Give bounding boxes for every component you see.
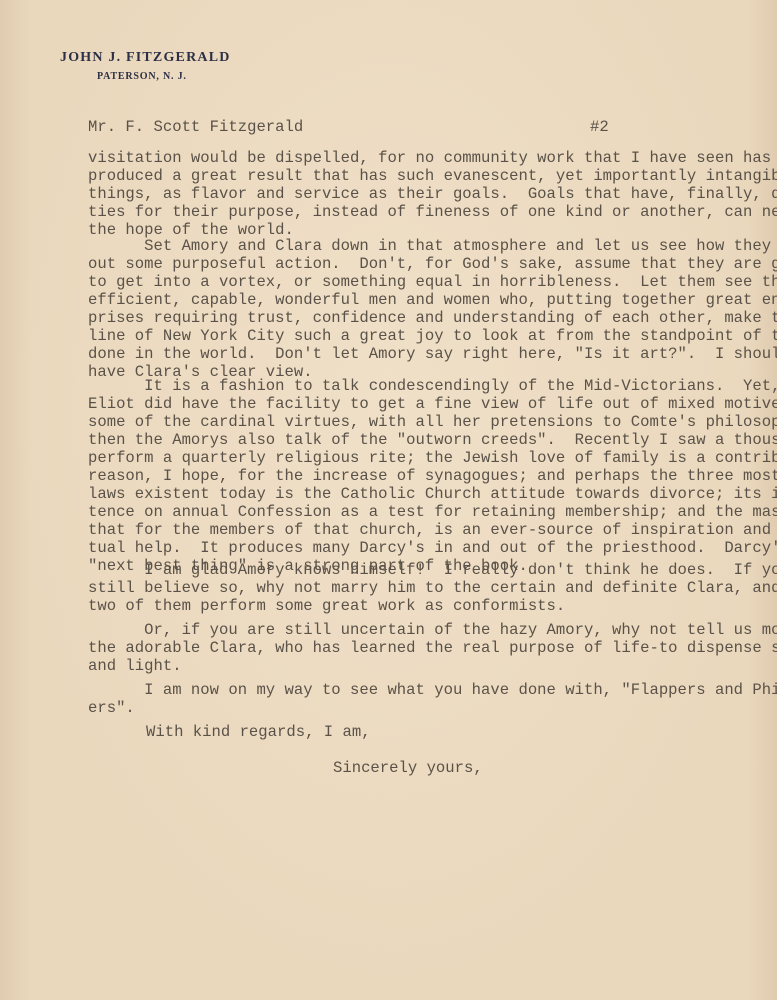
text-line: Eliot did have the facility to get a fin… bbox=[88, 395, 777, 413]
text-line: laws existent today is the Catholic Chur… bbox=[88, 485, 777, 503]
paragraph-6: I am now on my way to see what you have … bbox=[88, 681, 777, 717]
text-line: to get into a vortex, or something equal… bbox=[88, 273, 777, 291]
paragraph-5: Or, if you are still uncertain of the ha… bbox=[88, 621, 777, 675]
text-line: I am glad Amory knows himself! I really … bbox=[88, 561, 777, 579]
text-line: that for the members of that church, is … bbox=[88, 521, 777, 539]
text-line: visitation would be dispelled, for no co… bbox=[88, 149, 777, 167]
text-line: ers". bbox=[88, 699, 135, 717]
text-line: the adorable Clara, who has learned the … bbox=[88, 639, 777, 657]
text-line: tence on annual Confession as a test for… bbox=[88, 503, 777, 521]
text-line: I am now on my way to see what you have … bbox=[88, 681, 777, 699]
text-line: Set Amory and Clara down in that atmosph… bbox=[88, 237, 777, 255]
text-line: and light. bbox=[88, 657, 182, 675]
text-line: some of the cardinal virtues, with all h… bbox=[88, 413, 777, 431]
paragraph-4: I am glad Amory knows himself! I really … bbox=[88, 561, 777, 615]
closing-signoff: Sincerely yours, bbox=[333, 759, 483, 777]
text-line: two of them perform some great work as c… bbox=[88, 597, 565, 615]
text-line: prises requiring trust, confidence and u… bbox=[88, 309, 777, 327]
paragraph-1: visitation would be dispelled, for no co… bbox=[88, 149, 777, 239]
text-line: then the Amorys also talk of the "outwor… bbox=[88, 431, 777, 449]
page-number: #2 bbox=[590, 118, 609, 136]
letter-page: JOHN J. FITZGERALD PATERSON, N. J. Mr. F… bbox=[0, 0, 777, 1000]
text-line: efficient, capable, wonderful men and wo… bbox=[88, 291, 777, 309]
text-line: ties for their purpose, instead of finen… bbox=[88, 203, 777, 221]
text-line: tual help. It produces many Darcy's in a… bbox=[88, 539, 777, 557]
text-line: still believe so, why not marry him to t… bbox=[88, 579, 777, 597]
text-line: out some purposeful action. Don't, for G… bbox=[88, 255, 777, 273]
paragraph-2: Set Amory and Clara down in that atmosph… bbox=[88, 237, 777, 381]
closing-regards: With kind regards, I am, bbox=[146, 723, 371, 741]
text-line: done in the world. Don't let Amory say r… bbox=[88, 345, 777, 363]
paragraph-3: It is a fashion to talk condescendingly … bbox=[88, 377, 777, 575]
text-line: reason, I hope, for the increase of syna… bbox=[88, 467, 777, 485]
addressee-line: Mr. F. Scott Fitzgerald bbox=[88, 118, 303, 136]
letterhead-city: PATERSON, N. J. bbox=[97, 71, 187, 82]
text-line: It is a fashion to talk condescendingly … bbox=[88, 377, 777, 395]
text-line: things, as flavor and service as their g… bbox=[88, 185, 777, 203]
text-line: produced a great result that has such ev… bbox=[88, 167, 777, 185]
text-line: perform a quarterly religious rite; the … bbox=[88, 449, 777, 467]
letterhead-name: JOHN J. FITZGERALD bbox=[60, 50, 231, 66]
text-line: Or, if you are still uncertain of the ha… bbox=[88, 621, 777, 639]
text-line: line of New York City such a great joy t… bbox=[88, 327, 777, 345]
